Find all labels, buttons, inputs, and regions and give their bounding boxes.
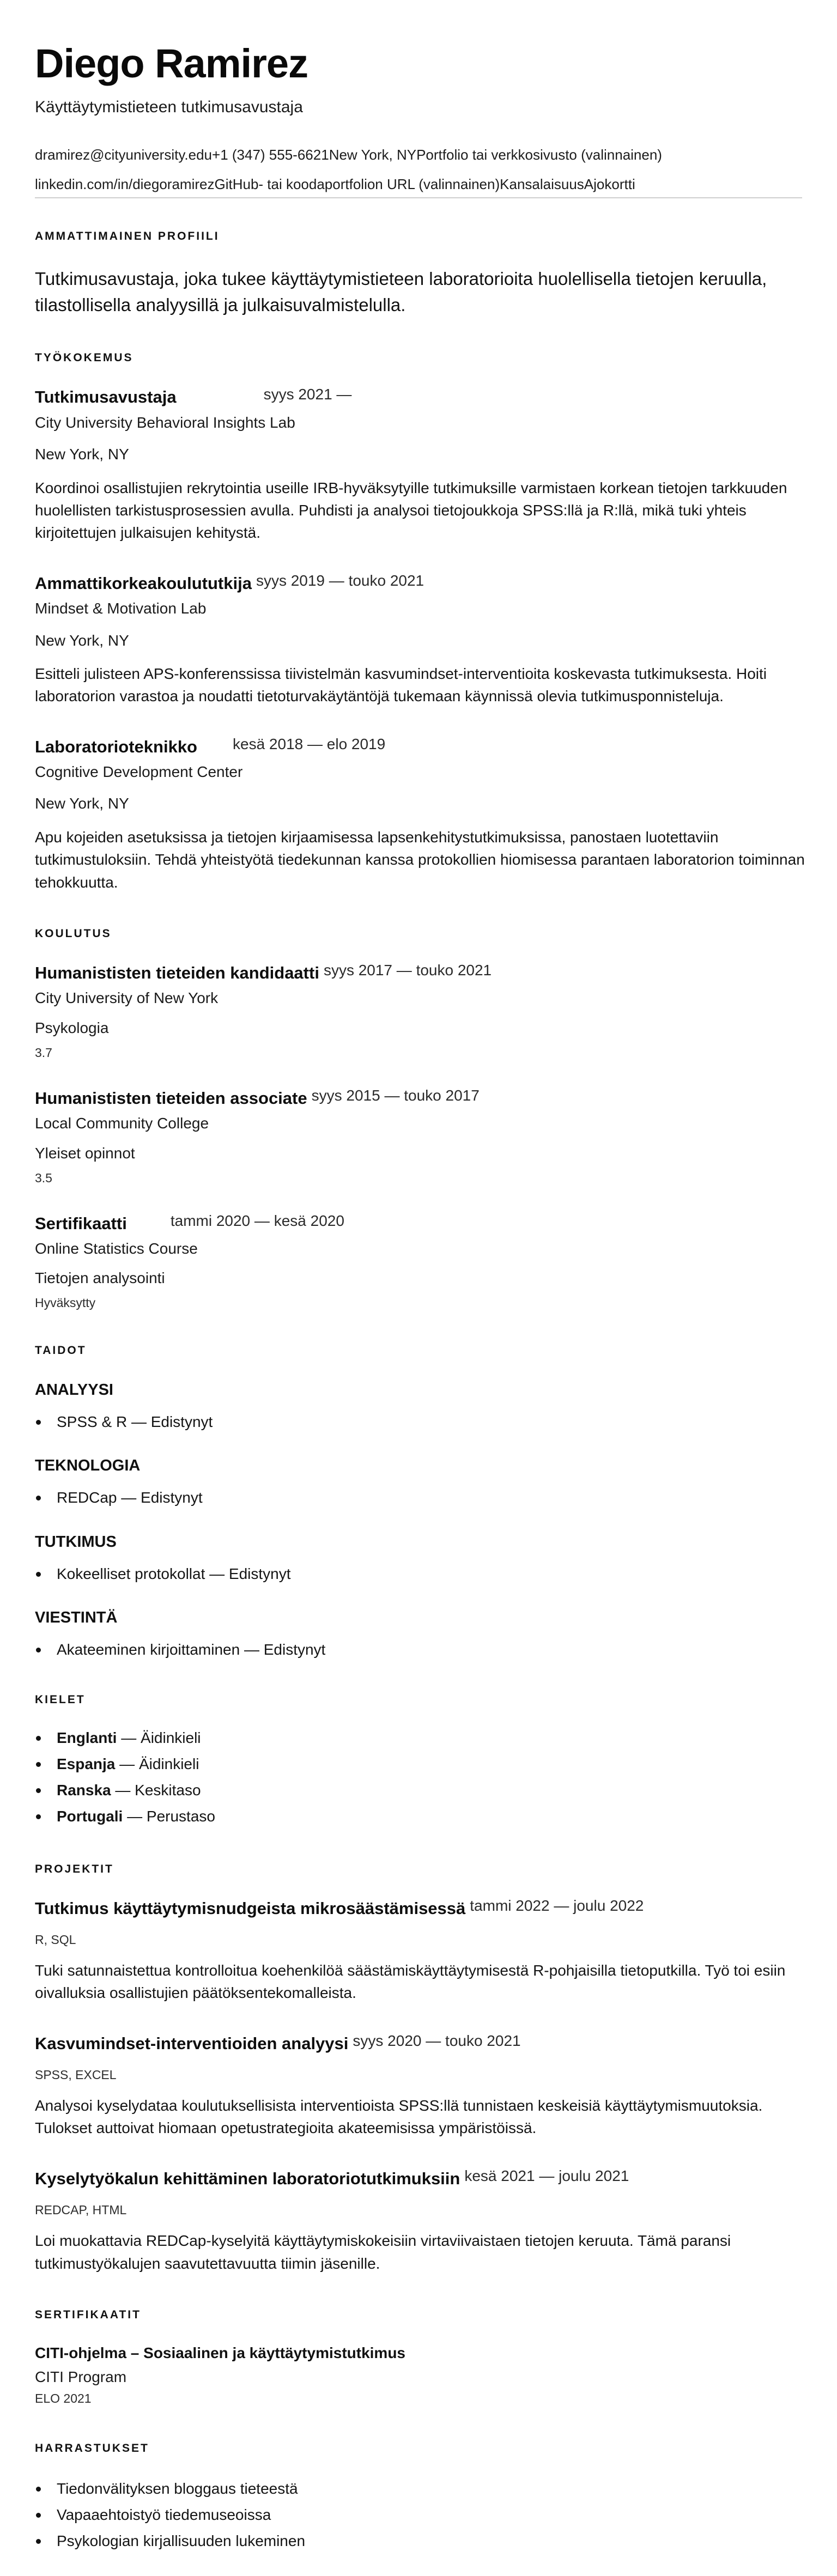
project-description: Loi muokattavia REDCap-kyselyitä käyttäy… <box>35 2229 809 2275</box>
job-dates: kesä 2018 — elo 2019 <box>233 736 385 753</box>
resume-header: Diego Ramirez Käyttäytymistieteen tutkim… <box>35 41 802 198</box>
job-description: Koordinoi osallistujien rekrytointia use… <box>35 477 809 544</box>
project-description: Analysoi kyselydataa koulutuksellisista … <box>35 2094 809 2140</box>
field-of-study: Yleiset opinnot <box>35 1145 802 1162</box>
language-item: Ranska — Keskitaso <box>35 1777 802 1803</box>
job-organization: Mindset & Motivation Lab <box>35 599 802 618</box>
contact-line-secondary: linkedin.com/in/diegoramirezGitHub- tai … <box>35 176 802 193</box>
contact-line-primary: dramirez@cityuniversity.edu+1 (347) 555-… <box>35 147 802 163</box>
job-description: Esitteli julisteen APS-konferenssissa ti… <box>35 663 809 708</box>
job-organization: City University Behavioral Insights Lab <box>35 413 802 433</box>
job-location: New York, NY <box>35 794 802 813</box>
languages-section: KIELET Englanti — Äidinkieli Espanja — Ä… <box>35 1693 802 1830</box>
degree-title: Humanististen tieteiden associate <box>35 1087 307 1109</box>
field-of-study: Tietojen analysointi <box>35 1269 802 1287</box>
header-divider <box>35 197 802 198</box>
job-title: Laboratorioteknikko <box>35 736 197 758</box>
skill-list: REDCap — Edistynyt <box>35 1485 802 1511</box>
language-list: Englanti — Äidinkieli Espanja — Äidinkie… <box>35 1725 802 1830</box>
skill-group: TEKNOLOGIA REDCap — Edistynyt <box>35 1457 802 1511</box>
contact-portfolio[interactable]: Portfolio tai verkkosivusto (valinnainen… <box>416 147 662 163</box>
project-name: Tutkimus käyttäytymisnudgeista mikrosääs… <box>35 1898 465 1919</box>
job-dates: syys 2021 — <box>264 386 352 403</box>
contact-phone[interactable]: +1 (347) 555-6621 <box>212 147 329 163</box>
skill-item: Kokeelliset protokollat — Edistynyt <box>35 1561 802 1587</box>
language-name: Portugali <box>57 1808 123 1825</box>
education-section: KOULUTUS Humanististen tieteiden kandida… <box>35 927 802 1310</box>
project-name: Kyselytyökalun kehittäminen laboratoriot… <box>35 2168 460 2190</box>
skill-item: REDCap — Edistynyt <box>35 1485 802 1511</box>
language-level: — Äidinkieli <box>117 1729 201 1746</box>
degree-title: Sertifikaatti <box>35 1213 127 1235</box>
language-name: Englanti <box>57 1729 117 1746</box>
experience-entry: Tutkimusavustaja syys 2021 — City Univer… <box>35 386 802 544</box>
section-title-languages: KIELET <box>35 1693 802 1706</box>
section-title-education: KOULUTUS <box>35 927 802 940</box>
section-title-hobbies: HARRASTUKSET <box>35 2442 802 2455</box>
skill-group: TUTKIMUS Kokeelliset protokollat — Edist… <box>35 1533 802 1587</box>
certifications-section: SERTIFIKAATIT CITI-ohjelma – Sosiaalinen… <box>35 2308 802 2406</box>
job-location: New York, NY <box>35 631 802 651</box>
project-entry: Kyselytyökalun kehittäminen laboratoriot… <box>35 2168 802 2275</box>
hobby-item: Vapaaehtoistyö tiedemuseoissa <box>35 2502 802 2528</box>
project-tech: REDCAP, HTML <box>35 2203 802 2217</box>
job-organization: Cognitive Development Center <box>35 762 802 782</box>
projects-section: PROJEKTIT Tutkimus käyttäytymisnudgeista… <box>35 1863 802 2275</box>
education-entry: Sertifikaatti tammi 2020 — kesä 2020 Onl… <box>35 1213 802 1311</box>
language-item: Englanti — Äidinkieli <box>35 1725 802 1751</box>
project-tech: R, SQL <box>35 1933 802 1947</box>
education-entry: Humanististen tieteiden kandidaatti syys… <box>35 962 802 1060</box>
hobby-item: Tiedonvälityksen bloggaus tieteestä <box>35 2476 802 2502</box>
skill-group: ANALYYSI SPSS & R — Edistynyt <box>35 1381 802 1435</box>
certification-entry: CITI-ohjelma – Sosiaalinen ja käyttäytym… <box>35 2344 802 2406</box>
experience-entry: Ammattikorkeakoulututkija syys 2019 — to… <box>35 573 802 708</box>
language-name: Ranska <box>57 1782 111 1799</box>
project-name: Kasvumindset-interventioiden analyysi <box>35 2033 348 2055</box>
job-title: Ammattikorkeakoulututkija <box>35 573 252 594</box>
hobby-item: Psykologian kirjallisuuden lukeminen <box>35 2528 802 2554</box>
hobby-list: Tiedonvälityksen bloggaus tieteestä Vapa… <box>35 2476 802 2554</box>
skill-item: SPSS & R — Edistynyt <box>35 1409 802 1435</box>
degree-title: Humanististen tieteiden kandidaatti <box>35 962 319 984</box>
job-dates: syys 2019 — touko 2021 <box>256 572 424 590</box>
language-name: Espanja <box>57 1755 115 1772</box>
language-level: — Äidinkieli <box>115 1755 199 1772</box>
education-dates: syys 2017 — touko 2021 <box>324 962 492 979</box>
project-entry: Tutkimus käyttäytymisnudgeista mikrosääs… <box>35 1898 802 2004</box>
language-level: — Perustaso <box>123 1808 215 1825</box>
certification-issuer: CITI Program <box>35 2368 802 2386</box>
certification-name: CITI-ohjelma – Sosiaalinen ja käyttäytym… <box>35 2344 802 2362</box>
skill-group-title: ANALYYSI <box>35 1381 802 1399</box>
grade: 3.7 <box>35 1046 802 1060</box>
contact-email[interactable]: dramirez@cityuniversity.edu <box>35 147 212 163</box>
resume-page: Diego Ramirez Käyttäytymistieteen tutkim… <box>0 0 837 2576</box>
skill-list: Akateeminen kirjoittaminen — Edistynyt <box>35 1637 802 1663</box>
profile-summary: Tutkimusavustaja, joka tukee käyttäytymi… <box>35 266 809 318</box>
section-title-profile: AMMATTIMAINEN PROFIILI <box>35 230 802 243</box>
skill-group: VIESTINTÄ Akateeminen kirjoittaminen — E… <box>35 1609 802 1663</box>
profile-section: AMMATTIMAINEN PROFIILI Tutkimusavustaja,… <box>35 230 802 318</box>
contact-drivers-license: Ajokortti <box>584 176 635 192</box>
language-item: Espanja — Äidinkieli <box>35 1751 802 1777</box>
school-name: Online Statistics Course <box>35 1239 802 1259</box>
experience-entry: Laboratorioteknikko kesä 2018 — elo 2019… <box>35 736 802 894</box>
skill-group-title: TEKNOLOGIA <box>35 1457 802 1475</box>
job-description: Apu kojeiden asetuksissa ja tietojen kir… <box>35 826 809 894</box>
project-entry: Kasvumindset-interventioiden analyysi sy… <box>35 2033 802 2140</box>
skill-group-title: VIESTINTÄ <box>35 1609 802 1627</box>
education-entry: Humanististen tieteiden associate syys 2… <box>35 1087 802 1186</box>
school-name: Local Community College <box>35 1114 802 1133</box>
grade: Hyväksytty <box>35 1296 802 1310</box>
skill-group-title: TUTKIMUS <box>35 1533 802 1551</box>
project-tech: SPSS, EXCEL <box>35 2068 802 2082</box>
contact-linkedin[interactable]: linkedin.com/in/diegoramirez <box>35 176 214 192</box>
job-title: Tutkimusavustaja <box>35 386 177 408</box>
job-location: New York, NY <box>35 445 802 464</box>
field-of-study: Psykologia <box>35 1019 802 1037</box>
skills-section: TAIDOT ANALYYSI SPSS & R — Edistynyt TEK… <box>35 1344 802 1663</box>
experience-section: TYÖKOKEMUS Tutkimusavustaja syys 2021 — … <box>35 351 802 894</box>
school-name: City University of New York <box>35 988 802 1008</box>
skill-list: SPSS & R — Edistynyt <box>35 1409 802 1435</box>
certification-date: ELO 2021 <box>35 2391 802 2406</box>
section-title-skills: TAIDOT <box>35 1344 802 1357</box>
skill-item: Akateeminen kirjoittaminen — Edistynyt <box>35 1637 802 1663</box>
section-title-certifications: SERTIFIKAATIT <box>35 2308 802 2322</box>
language-item: Portugali — Perustaso <box>35 1803 802 1830</box>
education-dates: syys 2015 — touko 2017 <box>312 1087 480 1104</box>
education-dates: tammi 2020 — kesä 2020 <box>171 1212 344 1230</box>
contact-github[interactable]: GitHub- tai koodaportfolion URL (valinna… <box>214 176 500 192</box>
project-dates: syys 2020 — touko 2021 <box>353 2032 520 2050</box>
project-description: Tuki satunnaistettua kontrolloitua koehe… <box>35 1959 809 2004</box>
candidate-headline: Käyttäytymistieteen tutkimusavustaja <box>35 98 802 117</box>
grade: 3.5 <box>35 1171 802 1186</box>
hobbies-section: HARRASTUKSET Tiedonvälityksen bloggaus t… <box>35 2442 802 2554</box>
contact-citizenship: Kansalaisuus <box>500 176 584 192</box>
section-title-experience: TYÖKOKEMUS <box>35 351 802 364</box>
project-dates: tammi 2022 — joulu 2022 <box>470 1897 644 1915</box>
skill-list: Kokeelliset protokollat — Edistynyt <box>35 1561 802 1587</box>
project-dates: kesä 2021 — joulu 2021 <box>464 2167 629 2185</box>
contact-location: New York, NY <box>329 147 416 163</box>
section-title-projects: PROJEKTIT <box>35 1863 802 1876</box>
language-level: — Keskitaso <box>111 1782 201 1799</box>
candidate-name: Diego Ramirez <box>35 41 802 86</box>
